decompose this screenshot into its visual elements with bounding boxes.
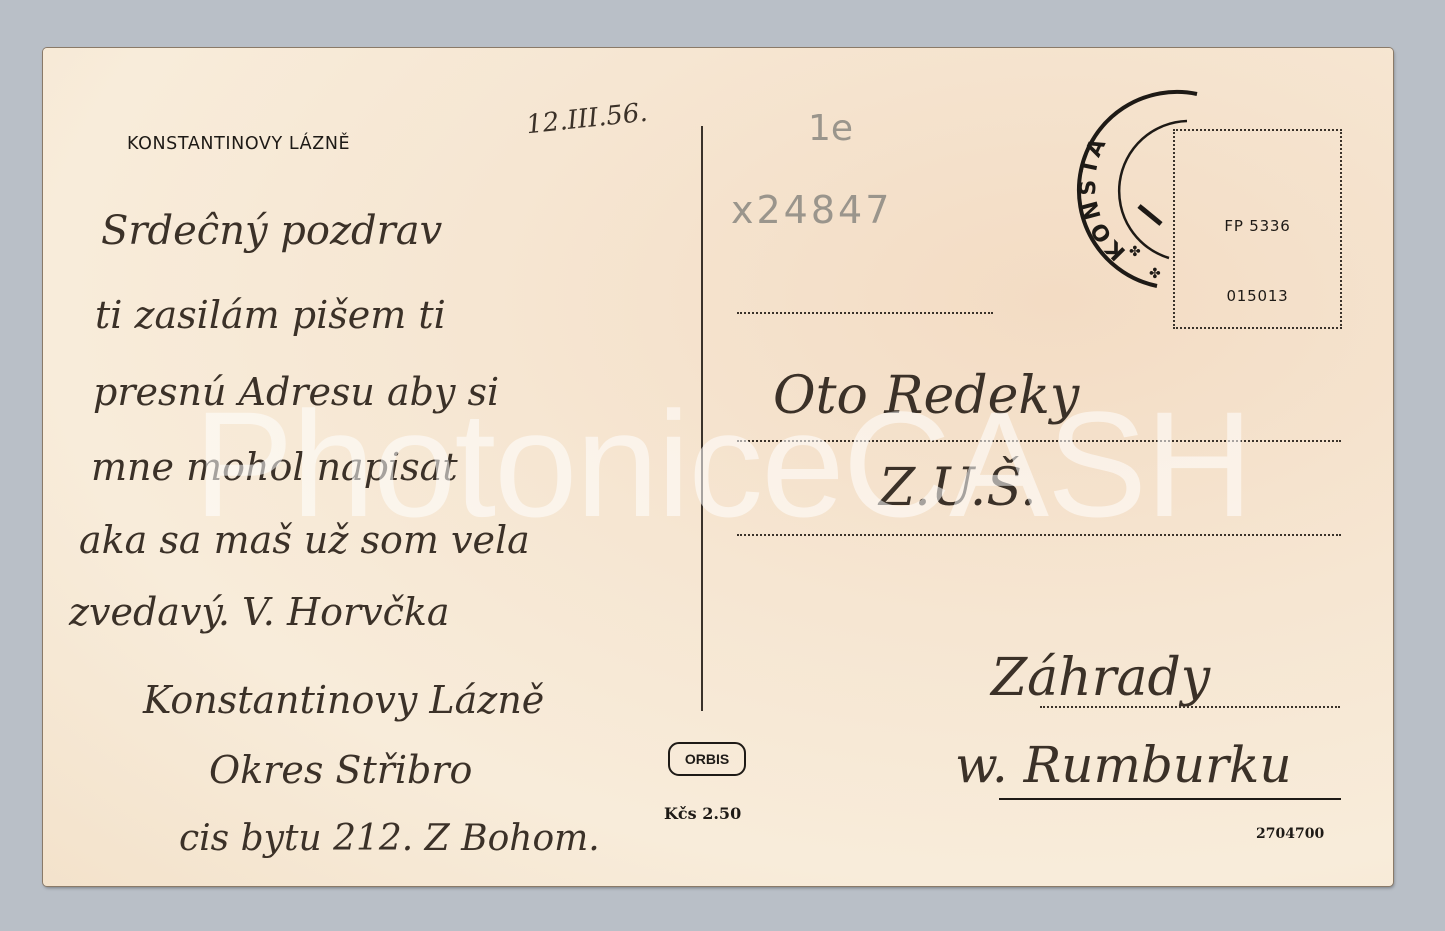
message-line: presnú Adresu aby si (93, 370, 499, 414)
svg-text:✤: ✤ (1149, 266, 1161, 282)
recipient-town: Záhrady (991, 648, 1210, 708)
svg-text:KONSTA: KONSTA (1076, 131, 1131, 265)
message-line: Okres Střibro (209, 748, 472, 792)
address-underline (999, 798, 1341, 800)
pencil-mark: x24847 (731, 188, 892, 232)
address-line-3 (737, 534, 1341, 536)
message-line: zvedavý. V. Horvčka (69, 590, 450, 634)
postcard: KONSTANTINOVY LÁZNĚ 12.III.56. Srdeĉný p… (43, 48, 1393, 886)
stamp-box-code: FP 5336 (1175, 217, 1340, 235)
address-line-1 (737, 312, 993, 314)
message-line: mne mohol napisat (91, 445, 458, 489)
recipient-name: Oto Redeky (773, 366, 1079, 426)
handwritten-date: 12.III.56. (525, 98, 649, 141)
message-line: cis bytu 212. Z Bohom. (179, 818, 600, 859)
printed-title: KONSTANTINOVY LÁZNĚ (127, 134, 350, 154)
message-line: ti zasilám pišem ti (95, 293, 446, 337)
price-label: Kčs 2.50 (664, 804, 741, 823)
stamp-box-number: 015013 (1175, 287, 1340, 305)
address-line-4 (1040, 706, 1340, 708)
center-divider (701, 126, 703, 711)
message-line: Konstantinovy Lázně (143, 678, 544, 722)
serial-number: 2704700 (1256, 826, 1324, 842)
message-line: Srdeĉný pozdrav (101, 208, 442, 254)
svg-text:✤: ✤ (1129, 244, 1141, 260)
message-line: aka sa maš už som vela (79, 518, 530, 562)
address-line-2 (737, 440, 1341, 442)
recipient-district: w. Rumburku (955, 736, 1292, 794)
stamp-box: FP 5336 015013 (1173, 129, 1342, 329)
pencil-mark: 1e (808, 108, 853, 149)
orbis-logo: ORBIS (668, 742, 746, 776)
recipient-line-2: Z.U.Š. (879, 458, 1037, 518)
